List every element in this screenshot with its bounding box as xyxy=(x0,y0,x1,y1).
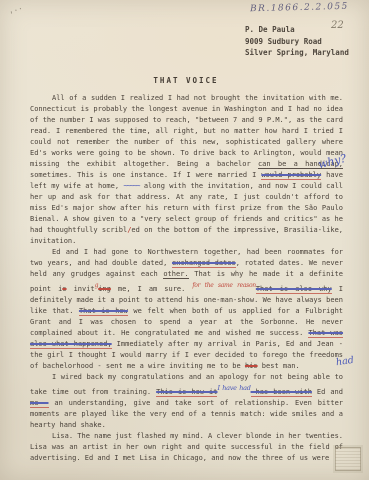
text-segment-underline: other. xyxy=(163,270,188,279)
text-segment-strike-blue: has been with xyxy=(251,388,312,397)
text-segment-normal: an understanding, give and take sort of … xyxy=(30,399,343,429)
author-street: 9009 Sudbury Road xyxy=(245,36,349,48)
text-segment-normal: me, I am sure. xyxy=(111,285,193,293)
text-segment-strike-blue: would probably xyxy=(261,171,321,180)
paragraph: Ed and I had gone to Northwestern togeth… xyxy=(30,247,343,372)
text-segment-hand-red-sup: for the same reason xyxy=(192,282,255,289)
text-segment-strike-blue: That is also why xyxy=(256,285,332,294)
text-segment-strike-red: his xyxy=(245,362,258,370)
document-title: THAT VOICE xyxy=(30,76,342,85)
corner-pen-mark: ,.. xyxy=(7,2,24,15)
text-segment-normal: Ed and xyxy=(312,388,343,396)
author-city: Silver Spring, Maryland xyxy=(245,47,349,59)
text-segment-normal: Lisa. The name just flashed my mind. A c… xyxy=(30,432,343,462)
text-segment-normal: invit xyxy=(67,285,95,293)
text-segment-strike-blue: me - xyxy=(30,399,49,408)
margin-annotation-had: had xyxy=(335,355,354,368)
text-segment-hand-blue-sup: I have had xyxy=(217,384,250,392)
text-segment-strike-red: ing xyxy=(98,285,111,293)
author-name: P. De Paula xyxy=(245,24,349,36)
text-segment-normal: best man. xyxy=(258,362,300,370)
paragraph: All of a sudden I realized I had not bro… xyxy=(30,93,343,247)
text-segment-strike-blue: exchanged dates xyxy=(172,259,236,268)
text-segment-strike-blue: That is how xyxy=(79,307,128,316)
scanned-manuscript-page: ,.. BR.1866.2.2.055 22 P. De Paula 9009 … xyxy=(0,0,369,480)
text-segment-strike-blue: This is how it xyxy=(156,388,217,397)
paragraph: I wired back my congratulations and an a… xyxy=(30,372,343,431)
paragraph: Lisa. The name just flashed my mind. A c… xyxy=(30,431,343,464)
text-segment-normal: sometimes. This is one instance. If I we… xyxy=(30,171,261,179)
author-address-block: P. De Paula 9009 Sudbury Road Silver Spr… xyxy=(245,24,349,59)
typed-body-text: All of a sudden I realized I had not bro… xyxy=(30,93,343,464)
text-segment-normal: All of a sudden I realized I had not bro… xyxy=(30,94,343,168)
text-segment-scribble-blue: ~~~~~ xyxy=(123,182,139,190)
embossed-stamp xyxy=(335,447,361,471)
catalog-number-handwritten: BR.1866.2.2.055 xyxy=(250,2,349,15)
